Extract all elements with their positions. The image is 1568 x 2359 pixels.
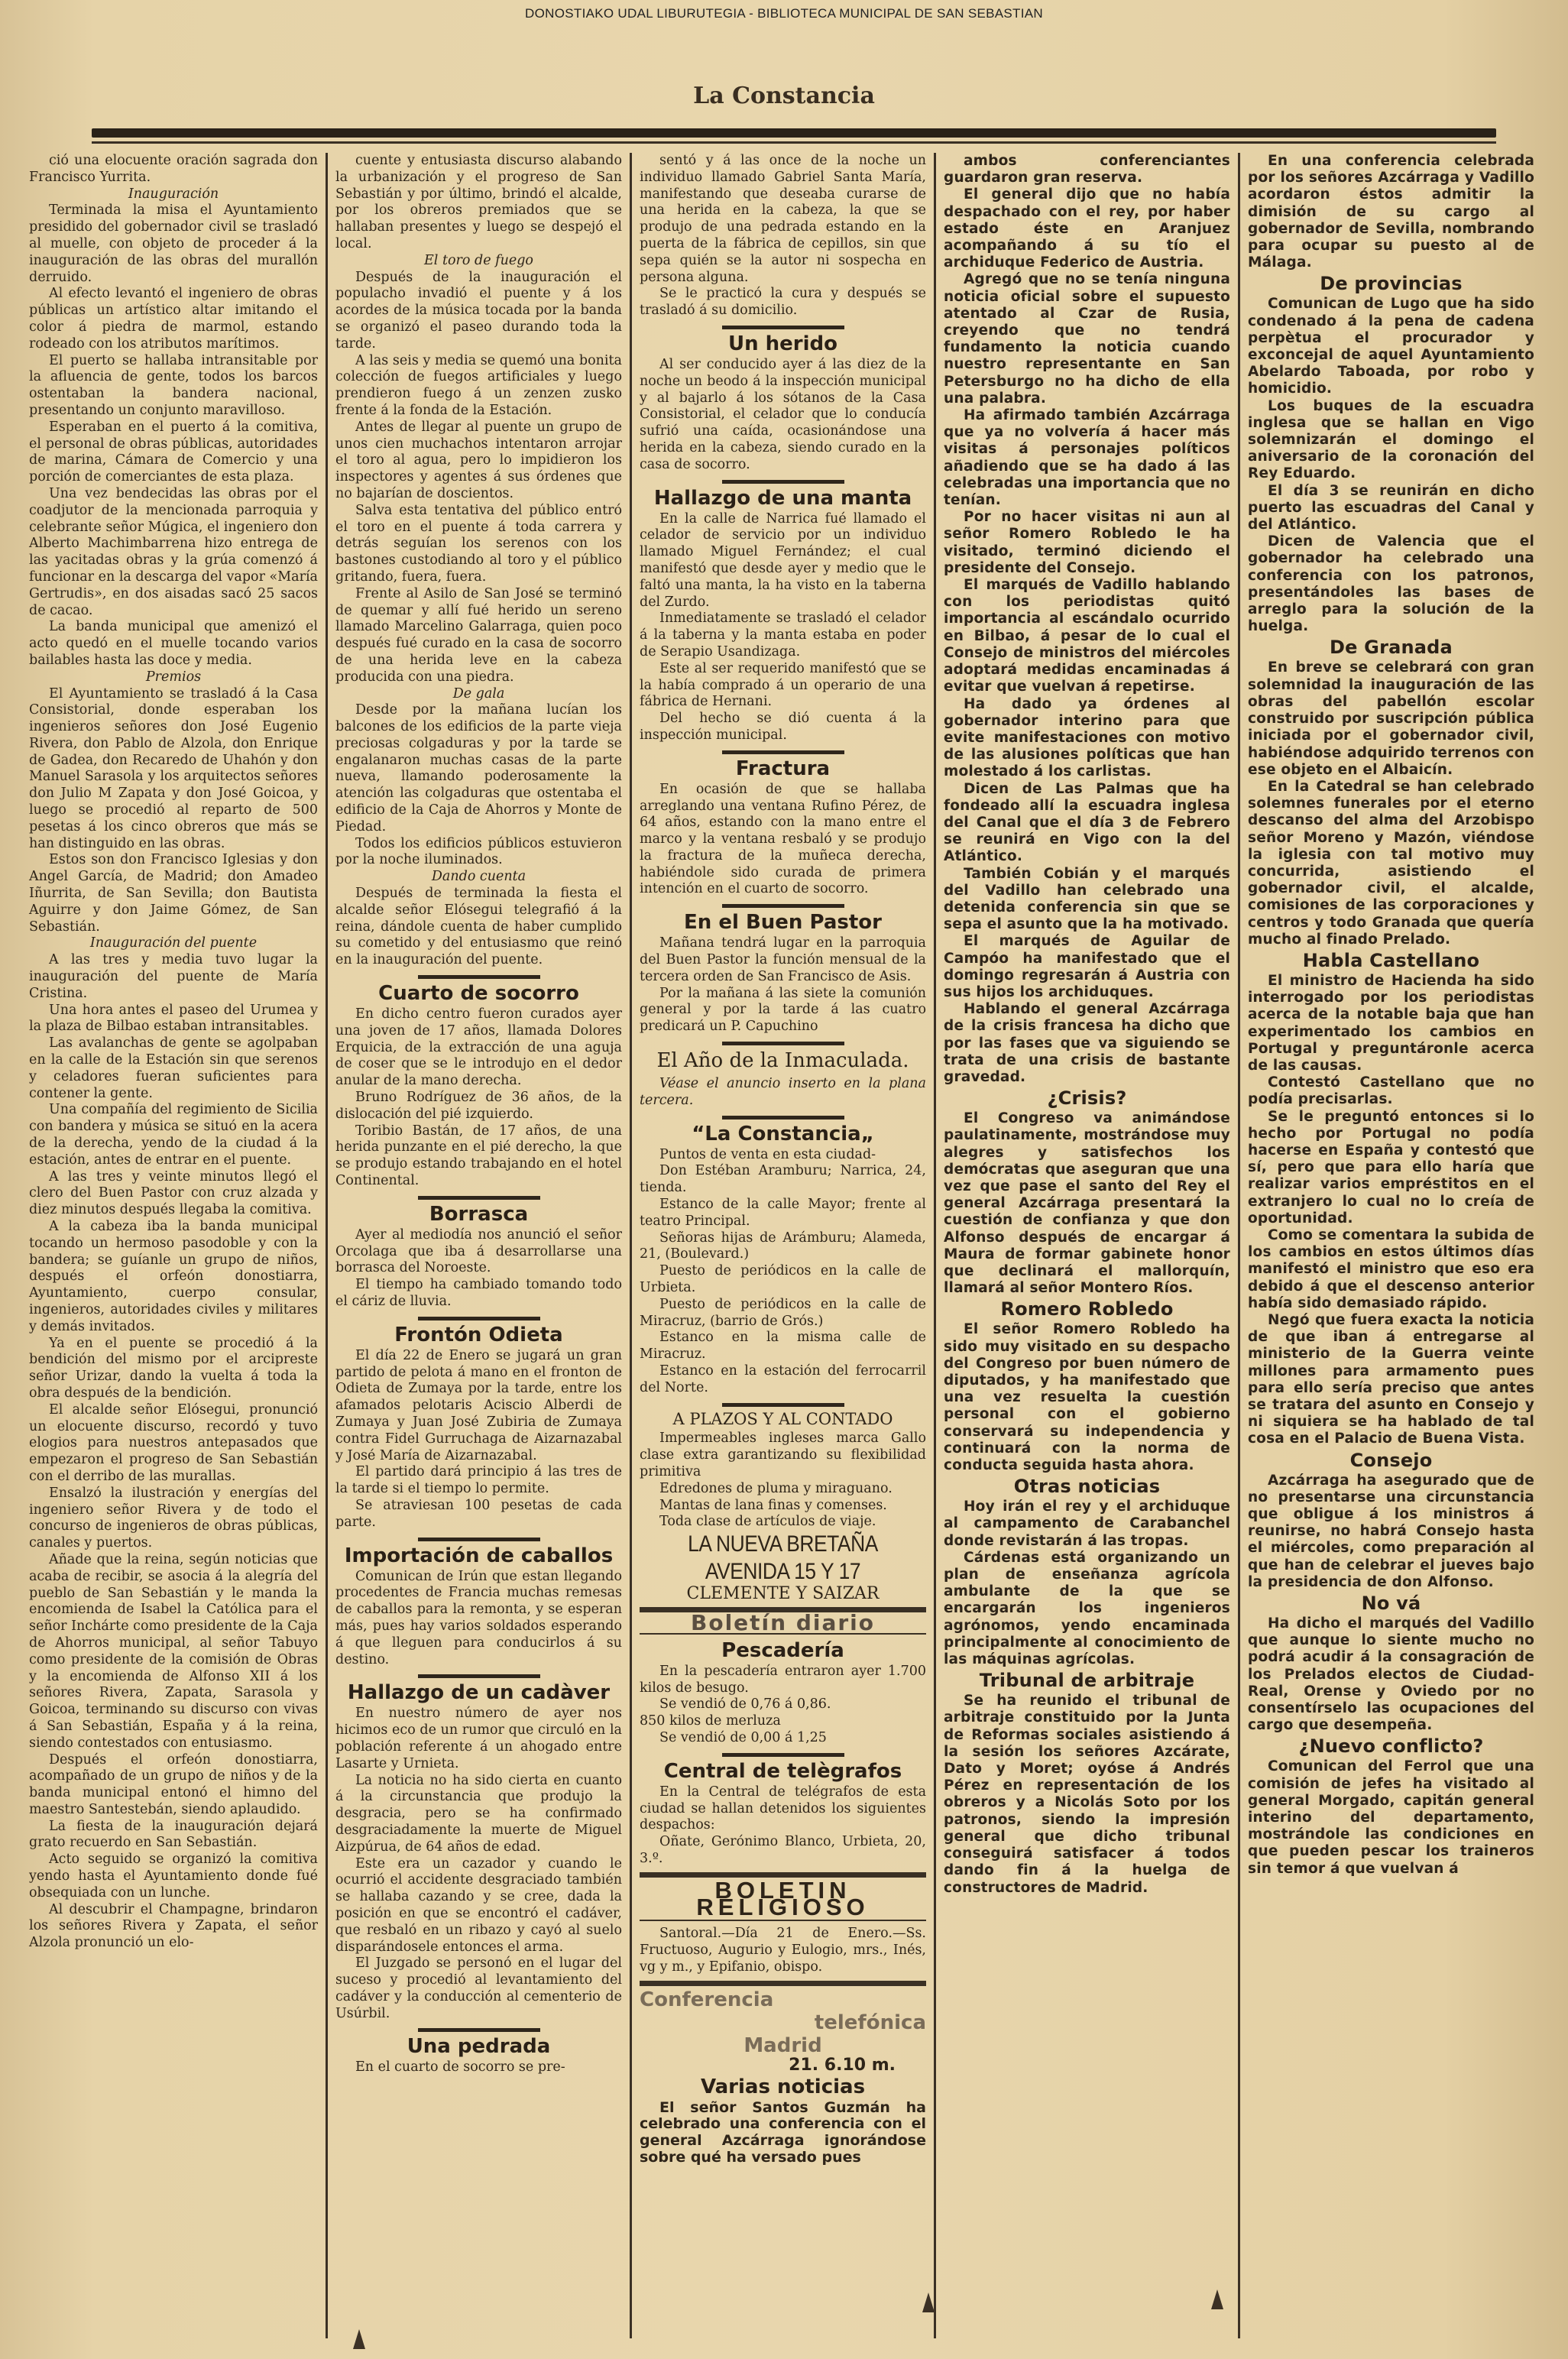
paragraph: Del hecho se dió cuenta á la inspección … <box>640 711 926 744</box>
paragraph: Ha dado ya órdenes al gobernador interin… <box>944 696 1230 781</box>
paragraph: El alcalde señor Elósegui, pronunció un … <box>29 1402 318 1486</box>
paragraph: Señoras hijas de Arámburu; Alameda, 21, … <box>640 1230 926 1264</box>
headline: En el Buen Pastor <box>640 911 926 934</box>
separator-rule <box>418 1317 540 1320</box>
paragraph: Terminada la misa el Ayuntamiento presid… <box>29 203 318 286</box>
paragraph: Se le practicó la cura y después se tras… <box>640 286 926 319</box>
headline: Hallazgo de un cadàver <box>335 1681 622 1704</box>
subheading: Premios <box>29 669 318 686</box>
headline: Tribunal de arbitraje <box>944 1670 1230 1691</box>
paragraph: La fiesta de la inauguración dejará grat… <box>29 1819 318 1852</box>
column-1: ció una elocuente oración sagrada don Fr… <box>21 153 326 2338</box>
column-3: sentó y á las once de la noche un indivi… <box>630 153 934 2338</box>
separator-rule <box>722 480 844 484</box>
newspaper-page: DONOSTIAKO UDAL LIBURUTEGIA - BIBLIOTECA… <box>0 0 1568 2359</box>
column-4: ambos conferenciantes guardaron gran res… <box>934 153 1238 2338</box>
headline: De provincias <box>1248 273 1534 294</box>
section-banner: Conferencia <box>640 1988 926 2011</box>
paragraph: Al efecto levantó el ingeniero de obras … <box>29 286 318 352</box>
separator-rule <box>722 1403 844 1407</box>
paragraph: En la pescadería entraron ayer 1.700 kil… <box>640 1664 926 1697</box>
paragraph: Este al ser requerido manifestó que se l… <box>640 661 926 711</box>
section-title: El Año de la Inmaculada. <box>640 1048 926 1073</box>
paragraph: 850 kilos de merluza <box>640 1713 926 1730</box>
advertisement-title: A PLAZOS Y AL CONTADO <box>640 1411 926 1428</box>
section-banner: telefónica <box>640 2011 926 2034</box>
paragraph: Comunican de Lugo que ha sido condenado … <box>1248 296 1534 397</box>
headline: Frontón Odieta <box>335 1324 622 1346</box>
paragraph: Comunican del Ferrol que una comisión de… <box>1248 1758 1534 1877</box>
paragraph: Se atraviesan 100 pesetas de cada parte. <box>335 1498 622 1531</box>
headline: Varias noticias <box>640 2075 926 2098</box>
column-2: cuente y entusiasta discurso alabando la… <box>326 153 630 2338</box>
separator-rule <box>722 1116 844 1120</box>
headline: ¿Nuevo conflicto? <box>1248 1735 1534 1757</box>
headline: Un herido <box>640 332 926 355</box>
paragraph: Se ha reunido el tribunal de arbitraje c… <box>944 1693 1230 1896</box>
paragraph: Estanco en la estación del ferrocarril d… <box>640 1363 926 1397</box>
dateline: 21. 6.10 m. <box>640 2057 926 2074</box>
paragraph: Como se comentara la subida de los cambi… <box>1248 1227 1534 1312</box>
separator-rule <box>722 750 844 754</box>
paragraph: Hoy irán el rey y el archiduque al campa… <box>944 1499 1230 1550</box>
columns: ció una elocuente oración sagrada don Fr… <box>21 153 1542 2338</box>
paragraph: También Cobián y el marqués del Vadillo … <box>944 866 1230 934</box>
separator-rule <box>722 1753 844 1757</box>
headline: Central de telègrafos <box>640 1760 926 1783</box>
separator-rule <box>640 1920 926 1921</box>
paragraph: Negó que fuera exacta la noticia de que … <box>1248 1312 1534 1448</box>
subheading: De gala <box>335 686 622 703</box>
paragraph: Edredones de pluma y miraguano. <box>640 1481 926 1498</box>
paragraph: Puesto de periódicos en la calle de Urbi… <box>640 1263 926 1297</box>
paragraph: En la calle de Narrica fué llamado el ce… <box>640 511 926 611</box>
separator-rule <box>418 1196 540 1200</box>
paragraph: Mañana tendrá lugar en la parroquia del … <box>640 935 926 985</box>
paragraph: Frente al Asilo de San José se terminó d… <box>335 586 622 686</box>
paragraph: Se le preguntó entonces si lo hecho por … <box>1248 1109 1534 1227</box>
headline: Habla Castellano <box>1248 950 1534 971</box>
headline: Pescadería <box>640 1639 926 1662</box>
masthead-rule-thin <box>92 141 1496 144</box>
paragraph: Al descubrir el Champagne, brindaron los… <box>29 1902 318 1952</box>
headline: Consejo <box>1248 1450 1534 1471</box>
paragraph: Ensalzó la ilustración y energías del in… <box>29 1486 318 1552</box>
paragraph: En dicho centro fueron curados ayer una … <box>335 1006 622 1090</box>
paragraph: Véase el anuncio inserto en la plana ter… <box>640 1076 926 1110</box>
paragraph: Estanco de la calle Mayor; frente al tea… <box>640 1197 926 1230</box>
paragraph: Salva esta tentativa del público entró e… <box>335 503 622 586</box>
separator-rule <box>722 326 844 329</box>
paragraph: Agregó que no se tenía ninguna noticia o… <box>944 271 1230 407</box>
paragraph: A las tres y media tuvo lugar la inaugur… <box>29 952 318 1002</box>
paragraph: Dicen de Las Palmas que ha fondeado allí… <box>944 781 1230 866</box>
paragraph: Don Estéban Aramburu; Narrica, 24, tiend… <box>640 1163 926 1197</box>
paragraph: A la cabeza iba la banda municipal tocan… <box>29 1219 318 1336</box>
paragraph: Estanco en la misma calle de Miracruz. <box>640 1330 926 1363</box>
paragraph: Puntos de venta en esta ciudad- <box>640 1147 926 1164</box>
paragraph: Ayer al mediodía nos anunció el señor Or… <box>335 1227 622 1277</box>
advertisement-owners: CLEMENTE Y SAIZAR <box>640 1586 926 1602</box>
separator-rule <box>418 1674 540 1678</box>
paragraph: Añade que la reina, según noticias que a… <box>29 1552 318 1752</box>
headline: Otras noticias <box>944 1476 1230 1497</box>
headline: No vá <box>1248 1593 1534 1614</box>
paragraph: Azcárraga ha asegurado que de no present… <box>1248 1473 1534 1591</box>
paragraph: Santoral.—Día 21 de Enero.—Ss. Fructuoso… <box>640 1926 926 1975</box>
paragraph: La banda municipal que amenizó el acto q… <box>29 619 318 669</box>
paragraph: Impermeables ingleses marca Gallo clase … <box>640 1431 926 1480</box>
paragraph: Al ser conducido ayer á las diez de la n… <box>640 357 926 474</box>
paragraph: A las seis y media se quemó una bonita c… <box>335 353 622 420</box>
paragraph: Toda clase de artículos de viaje. <box>640 1514 926 1531</box>
separator-rule <box>418 975 540 979</box>
paragraph: ció una elocuente oración sagrada don Fr… <box>29 153 318 186</box>
paragraph: Toribio Bastán, de 17 años, de una herid… <box>335 1123 622 1190</box>
paragraph: Después el orfeón donostiarra, acompañad… <box>29 1752 318 1819</box>
paragraph: Este era un cazador y cuando le ocurrió … <box>335 1856 622 1956</box>
paragraph: Los buques de la escuadra inglesa que se… <box>1248 398 1534 483</box>
paragraph: El tiempo ha cambiado tomando todo el cá… <box>335 1277 622 1311</box>
paragraph: El Juzgado se personó en el lugar del su… <box>335 1956 622 2022</box>
paragraph: Esperaban en el puerto á la comitiva, el… <box>29 420 318 486</box>
paragraph: Por no hacer visitas ni aun al señor Rom… <box>944 509 1230 577</box>
paragraph: Hablando el general Azcárraga de la cris… <box>944 1001 1230 1086</box>
paragraph: Todos los edificios públicos estuvieron … <box>335 836 622 870</box>
separator-rule <box>722 904 844 908</box>
paragraph: Dicen de Valencia que el gobernador ha c… <box>1248 533 1534 635</box>
paragraph: Acto seguido se organizó la comitiva yen… <box>29 1852 318 1901</box>
paragraph: Cárdenas está organizando un plan de ens… <box>944 1550 1230 1668</box>
paragraph: Puesto de periódicos en la calle de Mira… <box>640 1297 926 1330</box>
paragraph: Una compañía del regimiento de Sicilia c… <box>29 1102 318 1168</box>
headline: Borrasca <box>335 1203 622 1226</box>
paragraph: cuente y entusiasta discurso alabando la… <box>335 153 622 253</box>
paragraph: El día 3 se reunirán en dicho puerto las… <box>1248 483 1534 534</box>
archive-header: DONOSTIAKO UDAL LIBURUTEGIA - BIBLIOTECA… <box>0 6 1568 21</box>
paragraph: El señor Santos Guzmán ha celebrado una … <box>640 2100 926 2166</box>
subheading: Inauguración <box>29 186 318 203</box>
paragraph: Desde por la mañana lucían los balcones … <box>335 702 622 835</box>
paragraph: Ha afirmado también Azcárraga que ya no … <box>944 407 1230 509</box>
paragraph: En la Central de telégrafos de esta ciud… <box>640 1784 926 1834</box>
paragraph: El partido dará principio á las tres de … <box>335 1464 622 1498</box>
paragraph: Oñate, Gerónimo Blanco, Urbieta, 20, 3.º… <box>640 1834 926 1868</box>
paragraph: En la Catedral se han celebrado solemnes… <box>1248 779 1534 948</box>
paragraph: Se vendió de 0,00 á 1,25 <box>640 1730 926 1747</box>
paragraph: Las avalanchas de gente se agolpaban en … <box>29 1035 318 1102</box>
paragraph: En nuestro número de ayer nos hicimos ec… <box>335 1706 622 1772</box>
headline: Romero Robledo <box>944 1298 1230 1320</box>
paragraph: sentó y á las once de la noche un indivi… <box>640 153 926 286</box>
paragraph: Contestó Castellano que no podía precisa… <box>1248 1074 1534 1108</box>
paragraph: El marqués de Aguilar de Campóo ha manif… <box>944 933 1230 1001</box>
headline: ¿Crisis? <box>944 1087 1230 1109</box>
headline: “La Constancia„ <box>640 1123 926 1145</box>
headline: Cuarto de socorro <box>335 982 622 1005</box>
paragraph: En una conferencia celebrada por los señ… <box>1248 153 1534 271</box>
paragraph: El día 22 de Enero se jugará un gran par… <box>335 1348 622 1465</box>
paragraph: ambos conferenciantes guardaron gran res… <box>944 153 1230 186</box>
advertisement-shop-name: LA NUEVA BRETAÑA AVENIDA 15 Y 17 <box>657 1531 909 1586</box>
section-banner: BOLETIN RELIGIOSO <box>640 1882 926 1916</box>
separator-rule <box>418 1538 540 1541</box>
paragraph: Inmediatamente se trasladó el celador á … <box>640 611 926 660</box>
subheading: El toro de fuego <box>335 253 622 270</box>
paragraph: El general dijo que no había despachado … <box>944 186 1230 271</box>
section-banner: Madrid <box>640 2034 926 2057</box>
headline: De Granada <box>1248 637 1534 658</box>
paragraph: Por la mañana á las siete la comunión ge… <box>640 986 926 1035</box>
paragraph: El marqués de Vadillo hablando con los p… <box>944 577 1230 695</box>
column-5: En una conferencia celebrada por los señ… <box>1238 153 1542 2338</box>
paragraph: El Ayuntamiento se trasladó á la Casa Co… <box>29 686 318 853</box>
paragraph: Ha dicho el marqués del Vadillo que aunq… <box>1248 1615 1534 1734</box>
paragraph: Una hora antes el paseo del Urumea y la … <box>29 1003 318 1036</box>
paragraph: Estos son don Francisco Iglesias y don A… <box>29 852 318 935</box>
paragraph: Después de la inauguración el populacho … <box>335 270 622 353</box>
paragraph: En el cuarto de socorro se pre- <box>335 2059 622 2076</box>
paragraph: A las tres y veinte minutos llegó el cle… <box>29 1169 318 1219</box>
paragraph: En breve se celebrará con gran solemnida… <box>1248 659 1534 778</box>
paragraph: El señor Romero Robledo ha sido muy visi… <box>944 1321 1230 1474</box>
subheading: Inauguración del puente <box>29 935 318 952</box>
subheading: Dando cuenta <box>335 869 622 886</box>
headline: Hallazgo de una manta <box>640 487 926 510</box>
paragraph: Comunican de Irún que estan llegando pro… <box>335 1569 622 1669</box>
section-banner: Boletín diario <box>640 1615 926 1632</box>
paragraph: Después de terminada la fiesta el alcald… <box>335 886 622 969</box>
paragraph: Bruno Rodríguez de 36 años, de la disloc… <box>335 1090 622 1123</box>
paragraph: Se vendió de 0,76 á 0,86. <box>640 1696 926 1713</box>
paragraph: En ocasión de que se hallaba arreglando … <box>640 782 926 899</box>
separator-rule <box>722 1042 844 1045</box>
paragraph: El puerto se hallaba intransitable por l… <box>29 353 318 420</box>
headline: Importación de caballos <box>335 1544 622 1567</box>
separator-rule <box>418 2028 540 2032</box>
paragraph: La noticia no ha sido cierta en cuanto á… <box>335 1773 622 1856</box>
paragraph: Antes de llegar al puente un grupo de un… <box>335 420 622 503</box>
paragraph: Una vez bendecidas las obras por el coad… <box>29 486 318 619</box>
masthead: La Constancia <box>0 83 1568 109</box>
paragraph: Ya en el puente se procedió á la bendici… <box>29 1336 318 1402</box>
headline: Fractura <box>640 757 926 780</box>
masthead-rule-thick <box>92 128 1496 138</box>
paragraph: El ministro de Hacienda ha sido interrog… <box>1248 973 1534 1074</box>
separator-rule <box>640 1981 926 1986</box>
headline: Una pedrada <box>335 2035 622 2058</box>
paragraph: Mantas de lana finas y comenses. <box>640 1498 926 1515</box>
paragraph: El Congreso va animándose paulatinamente… <box>944 1110 1230 1297</box>
